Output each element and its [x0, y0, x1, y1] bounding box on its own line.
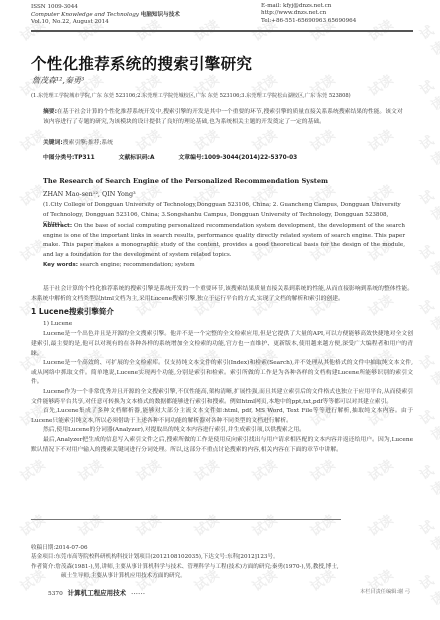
watermark-text: 试读 — [415, 569, 440, 609]
watermark-text: 试读 — [415, 19, 440, 59]
author-bio-continued: 硕士生导师,主要从事计算机应用技术方面的研究。 — [31, 572, 413, 581]
body-text: 基于社会计算的个性化推荐系统的搜索引擎是系统开发的一个重要环节,该搜索结果质量直… — [31, 285, 413, 455]
subsection-heading: 1) Lucene — [43, 320, 413, 330]
english-keywords: Key words: search engine; recommendation… — [43, 262, 195, 268]
watermark-text: 试读 — [415, 239, 440, 279]
telephone: Tel:+86-551-65690963 65690964 — [261, 18, 356, 25]
intro-paragraph: 基于社会计算的个性化推荐系统的搜索引擎是系统开发的一个重要环节,该搜索结果质量直… — [31, 285, 413, 304]
journal-page: ISSN 1009-3044 Computer Knowledge and Te… — [31, 0, 413, 38]
watermark-text: 试读 — [248, 124, 280, 154]
paragraph: Lucene作为一个非常优秀并且开源的全文搜索引擎,不仅性能高,架构清晰,扩展性… — [31, 388, 413, 407]
watermark-text: 试读 — [132, 124, 164, 154]
watermark-text: 试读 — [306, 454, 338, 484]
watermark-text: 试读 — [306, 509, 338, 539]
watermark-text: 试读 — [132, 509, 164, 539]
watermark-text: 试读 — [190, 509, 222, 539]
watermark-text: 试读 — [248, 454, 280, 484]
section-heading: 1 Lucene搜索引擎简介 — [31, 307, 413, 317]
article-title: 个性化推荐系统的搜索引擎研究 — [31, 52, 252, 74]
watermark-text: 试读 — [364, 454, 396, 484]
paragraph: Lucene是一个出色并且是开源的全文搜索引擎。他并不是一个完整的全文检索应用,… — [31, 330, 413, 359]
english-authors: ZHAN Mao-sen¹², QIN Yong³ — [43, 190, 136, 198]
document-code: 文献标识码:A — [119, 155, 155, 161]
page-number: 5370 — [48, 591, 63, 597]
keywords-label: 关键词: — [43, 140, 63, 146]
english-abstract-label: Abstract: — [43, 223, 72, 229]
keywords-text: 搜索引擎;推荐;系统 — [63, 140, 113, 146]
footnotes: 收稿日期:2014-07-06 基金项目:东莞市高等院校科研机构科技计划项目(2… — [31, 544, 413, 582]
watermark-text: 试读 — [132, 454, 164, 484]
watermark-text: 试读 — [190, 454, 222, 484]
section-editor: 本栏目责任编辑:谢 弓 — [360, 588, 410, 595]
authors: 詹茂森¹²,秦勇³ — [32, 75, 84, 86]
paragraph: 最后,Analyzer把生成的信息写入索引文件之后,搜索所做的工作是使用反向索引… — [31, 436, 413, 455]
volume-issue: Vol.10, No.22, August 2014 — [31, 19, 180, 27]
watermark-text: 试读 — [248, 509, 280, 539]
footer-journal-name: 计算机工程应用技术 — [68, 589, 127, 597]
running-header: ISSN 1009-3044 Computer Knowledge and Te… — [31, 0, 413, 38]
watermark-text: 试读 — [415, 514, 440, 554]
watermark-text: 试读 — [415, 459, 440, 499]
abstract-cn: 摘要:在基于社会计算的个性化推荐系统开发中,搜索引擎的开发是其中一个重要的环节,… — [43, 108, 403, 127]
page-footer: 5370 计算机工程应用技术 •••••• — [48, 588, 145, 597]
watermark-text: 试读 — [415, 74, 440, 114]
journal-info: ISSN 1009-3044 Computer Knowledge and Te… — [31, 4, 180, 27]
paragraph: 然后,使用Lucene的分词器(Analyzer),对提取出的纯文本内容进行索引… — [31, 426, 413, 436]
paragraph: 首先,Lucene集成了多种文档解析器,能够对大部分主流文本文件如:html, … — [31, 407, 413, 426]
watermark-text: 试读 — [364, 124, 396, 154]
contact-info: E-mail: kfyj@dnzs.net.cn http://www.dnzs… — [261, 3, 356, 25]
journal-name: Computer Knowledge and Technology 电脑知识与技… — [31, 12, 180, 20]
affiliation: (1.东莞理工学院城市学院,广东 东莞 523106;2.东莞理工学院莞城校区,… — [31, 92, 351, 99]
abstract-label: 摘要: — [43, 109, 57, 115]
english-title: The Research of Search Engine of the Per… — [43, 177, 328, 185]
watermark-text: 试读 — [74, 509, 106, 539]
footnote-divider — [31, 519, 341, 520]
watermark-text: 试读 — [364, 509, 396, 539]
watermark-text: 试读 — [415, 349, 440, 389]
watermark-text: 试读 — [415, 129, 440, 169]
english-keywords-label: Key words: — [43, 262, 78, 268]
paragraph: Lucene是一个高效的、可扩展的全文检索库。仅支持纯文本文件的索引(Index… — [31, 359, 413, 388]
watermark-text: 试读 — [415, 404, 440, 444]
classification-number: 中图分类号:TP311 — [43, 155, 95, 161]
author-bio: 作者简介:詹茂森(1981-),男,讲师,主要从事计算机科学与技术、管理科学与工… — [31, 563, 413, 572]
watermark-text: 试读 — [306, 124, 338, 154]
fund-project: 基金项目:东莞市高等院校科研机构科技计划项目(2012108102035),下达… — [31, 553, 413, 562]
english-abstract-text: On the base of social computing personal… — [43, 223, 405, 258]
watermark-text: 试读 — [415, 184, 440, 224]
keywords-cn: 关键词:搜索引擎;推荐;系统 — [43, 137, 113, 146]
watermark-text: 试读 — [364, 69, 396, 99]
watermark-text: 试读 — [74, 454, 106, 484]
header-divider — [31, 30, 413, 32]
website: http://www.dnzs.net.cn — [261, 10, 356, 17]
issn: ISSN 1009-3044 — [31, 4, 180, 12]
english-abstract: Abstract: On the base of social computin… — [43, 222, 405, 260]
footer-dots: •••••• — [131, 591, 145, 596]
watermark-text: 试读 — [16, 509, 48, 539]
abstract-text: 在基于社会计算的个性化推荐系统开发中,搜索引擎的开发是其中一个重要的环节,搜索引… — [43, 109, 403, 125]
watermark-text: 试读 — [415, 294, 440, 334]
classification-line: 中图分类号:TP311 文献标识码:A 文章编号:1009-3044(2014)… — [43, 152, 319, 161]
article-number: 文章编号:1009-3044(2014)22-5370-03 — [178, 155, 297, 161]
email: E-mail: kfyj@dnzs.net.cn — [261, 3, 356, 10]
english-keywords-text: search engine; recommendation; system — [80, 262, 195, 268]
watermark-text: 试读 — [16, 454, 48, 484]
received-date: 收稿日期:2014-07-06 — [31, 544, 413, 553]
watermark-text: 试读 — [190, 124, 222, 154]
